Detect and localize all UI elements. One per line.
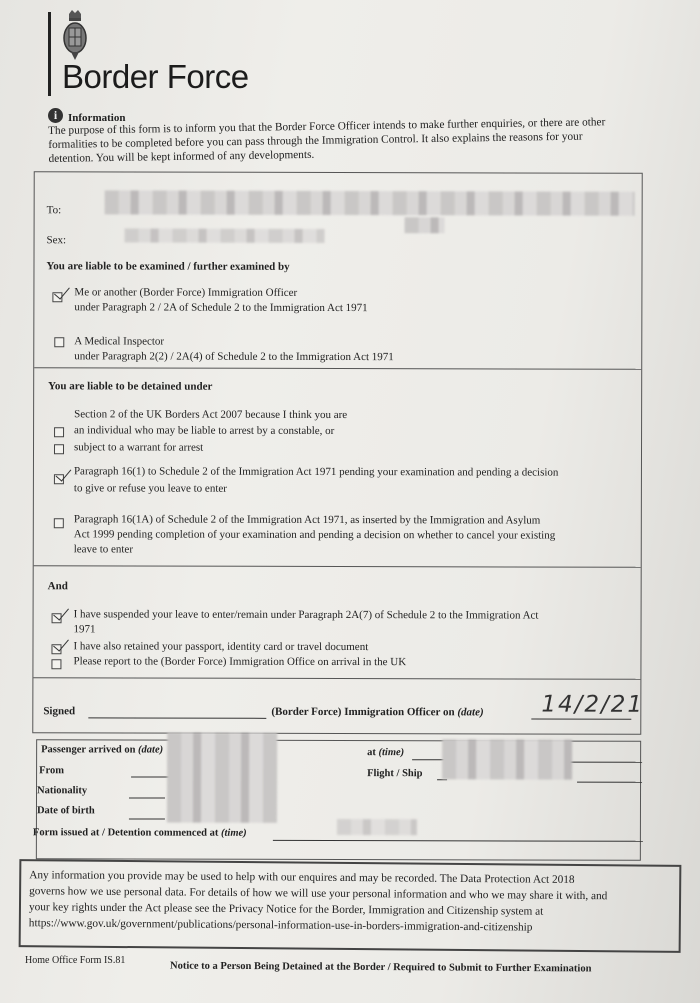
handwritten-date: 14/2/21	[541, 692, 644, 718]
and-heading: And	[48, 580, 68, 592]
flight-field-end[interactable]	[577, 782, 642, 783]
to-value-redacted	[105, 190, 635, 215]
form-id: Home Office Form IS.81	[25, 955, 125, 966]
brand-divider	[48, 12, 51, 96]
to-label: To:	[47, 204, 62, 216]
report-office-checkbox[interactable]	[51, 659, 61, 669]
issued-label: Form issued at / Detention commenced at …	[33, 827, 247, 839]
examined-medical-checkbox[interactable]	[54, 337, 64, 347]
arrival-time-label: at (time)	[367, 747, 404, 758]
sex-label: Sex:	[47, 234, 67, 246]
time-redacted	[337, 819, 417, 835]
intro-text: The purpose of this form is to inform yo…	[48, 115, 619, 166]
passenger-details-redacted	[167, 733, 277, 823]
section-divider	[34, 565, 641, 568]
examined-heading: You are liable to be examined / further …	[46, 260, 289, 273]
sex-value-redacted	[125, 228, 325, 243]
from-label: From	[39, 765, 64, 776]
dob-field[interactable]	[129, 818, 165, 819]
section2-constable-option: an individual who may be liable to arres…	[74, 423, 334, 439]
passenger-details-box: Passenger arrived on (date) at (time) Fr…	[36, 739, 641, 861]
from-field[interactable]	[131, 776, 169, 777]
arrived-label: Passenger arrived on (date)	[41, 744, 163, 755]
officer-label: (Border Force) Immigration Officer on (d…	[271, 706, 483, 719]
nationality-label: Nationality	[37, 785, 87, 796]
suspended-leave-checkbox[interactable]	[52, 613, 62, 623]
privacy-notice-text: Any information you provide may be used …	[29, 867, 678, 937]
royal-coat-of-arms-icon	[60, 8, 90, 64]
examined-medical-option: A Medical Inspectorunder Paragraph 2(2) …	[74, 334, 394, 365]
para16-1a-checkbox[interactable]	[54, 518, 64, 528]
para16-1-option: Paragraph 16(1) to Schedule 2 of the Imm…	[74, 464, 559, 497]
dob-label: Date of birth	[37, 805, 95, 816]
section-divider	[33, 677, 640, 680]
issued-time-field[interactable]	[273, 840, 643, 842]
section2-warrant-option: subject to a warrant for arrest	[74, 440, 203, 455]
main-form-box: To: Sex: You are liable to be examined /…	[32, 171, 642, 735]
flight-label: Flight / Ship	[367, 768, 422, 779]
nationality-field[interactable]	[129, 797, 165, 798]
para16-1a-option: Paragraph 16(1A) of Schedule 2 of the Im…	[74, 512, 556, 558]
examined-officer-option: Me or another (Border Force) Immigration…	[74, 285, 367, 316]
section2-constable-checkbox[interactable]	[54, 427, 64, 437]
form-title: Notice to a Person Being Detained at the…	[170, 961, 592, 975]
signed-label: Signed	[43, 705, 75, 717]
section2-warrant-checkbox[interactable]	[54, 444, 64, 454]
report-office-option: Please report to the (Border Force) Immi…	[73, 654, 406, 670]
retained-passport-checkbox[interactable]	[51, 644, 61, 654]
examined-officer-checkbox[interactable]	[52, 292, 62, 302]
brand-title: Border Force	[62, 58, 249, 96]
date-field[interactable]	[531, 719, 631, 720]
signature-field[interactable]	[88, 717, 266, 718]
info-circle-icon: i	[48, 108, 63, 123]
privacy-notice-box: Any information you provide may be used …	[19, 859, 682, 953]
redaction-fragment	[405, 217, 445, 233]
detained-heading: You are liable to be detained under	[48, 380, 212, 392]
retained-passport-option: I have also retained your passport, iden…	[73, 639, 368, 655]
flight-field[interactable]	[437, 779, 447, 780]
suspended-leave-option: I have suspended your leave to enter/rem…	[74, 607, 539, 638]
arrival-time-field-end[interactable]	[570, 762, 642, 763]
section-divider	[34, 367, 641, 370]
para16-1-checkbox[interactable]	[54, 474, 64, 484]
flight-details-redacted	[442, 739, 572, 779]
section2-intro: Section 2 of the UK Borders Act 2007 bec…	[74, 407, 347, 423]
